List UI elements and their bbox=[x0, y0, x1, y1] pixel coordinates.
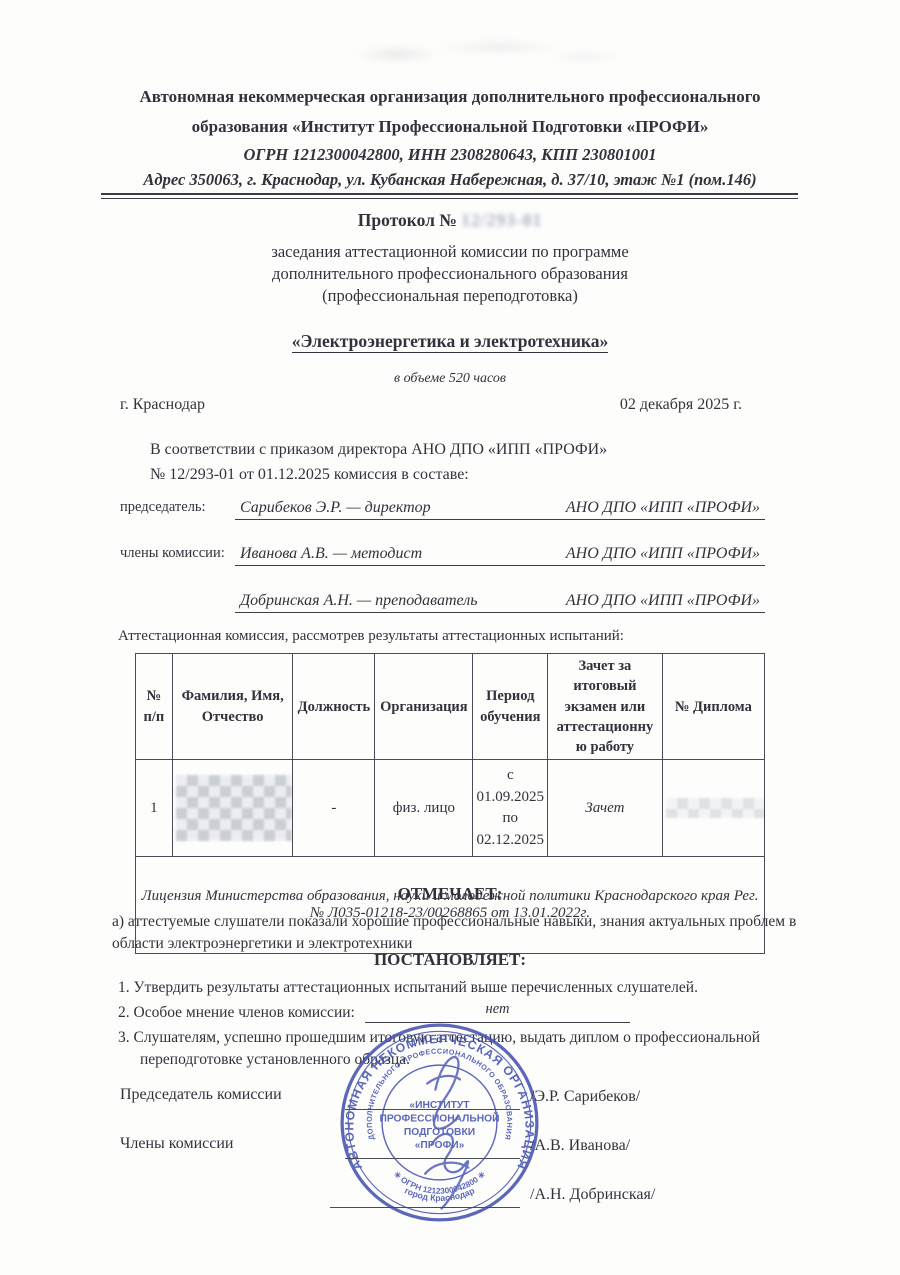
ogrn-inn-kpp-line: ОГРН 1212300042800, ИНН 2308280643, КПП … bbox=[0, 147, 900, 164]
address-line: Адрес 350063, г. Краснодар, ул. Кубанска… bbox=[0, 172, 900, 189]
program-volume: в объеме 520 часов bbox=[0, 371, 900, 387]
col-header-position: Должность bbox=[293, 654, 375, 760]
document-page: Автономная некоммерческая организация до… bbox=[0, 0, 900, 1275]
member1-org: АНО ДПО «ИПП «ПРОФИ» bbox=[566, 545, 760, 563]
protocol-number-redacted: 12/293-01 bbox=[461, 210, 542, 230]
attestation-intro: Аттестационная комиссия, рассмотрев резу… bbox=[118, 628, 624, 645]
members-role-label: члены комиссии: bbox=[120, 545, 225, 562]
chair-name: Сарибеков Э.Р. — директор bbox=[240, 499, 431, 517]
col-header-organization: Организация bbox=[375, 654, 473, 760]
col-header-exam: Зачет за итоговый экзамен или аттестацио… bbox=[548, 654, 663, 760]
commission-member2-row: Добринская А.Н. — преподаватель АНО ДПО … bbox=[0, 587, 900, 614]
date-label: 02 декабря 2025 г. bbox=[500, 396, 742, 414]
sig-member2-name: /А.Н. Добринская/ bbox=[530, 1186, 655, 1204]
cell-result: Зачет bbox=[548, 760, 663, 857]
commission-chair-row: председатель: Сарибеков Э.Р. — директор … bbox=[0, 494, 900, 521]
cell-fio-redacted bbox=[172, 760, 293, 857]
chair-signature-line: Сарибеков Э.Р. — директор АНО ДПО «ИПП «… bbox=[235, 494, 765, 520]
sig-chair-label: Председатель комиссии bbox=[120, 1086, 282, 1104]
results-table: № п/п Фамилия, Имя, Отчество Должность О… bbox=[135, 653, 765, 954]
stamp-center-line2: ПРОФЕССИОНАЛЬНОЙ bbox=[379, 1111, 499, 1124]
signature-row-chair: Председатель комиссии /Э.Р. Сарибеков/ bbox=[0, 1086, 900, 1110]
sig-chair-line bbox=[345, 1086, 520, 1110]
cell-period: с 01.09.2025 по 02.12.2025 bbox=[473, 760, 548, 857]
chair-role-label: председатель: bbox=[120, 499, 206, 516]
sig-member2-line bbox=[330, 1184, 520, 1208]
commission-member1-row: члены комиссии: Иванова А.В. — методист … bbox=[0, 540, 900, 567]
sig-member1-name: /А.В. Иванова/ bbox=[530, 1137, 630, 1155]
protocol-subtitle-1: заседания аттестационной комиссии по про… bbox=[0, 242, 900, 262]
protocol-subtitle-2: дополнительного профессионального образо… bbox=[0, 264, 900, 284]
signature-row-member2: /А.Н. Добринская/ bbox=[0, 1184, 900, 1208]
cell-organization: физ. лицо bbox=[375, 760, 473, 857]
sig-members-label: Члены комиссии bbox=[120, 1135, 233, 1153]
city-label: г. Краснодар bbox=[120, 396, 205, 414]
org-name-line-1: Автономная некоммерческая организация до… bbox=[0, 88, 900, 105]
member2-signature-line: Добринская А.Н. — преподаватель АНО ДПО … bbox=[235, 587, 765, 613]
order-intro-line: В соответствии с приказом директора АНО … bbox=[150, 441, 607, 459]
cell-diploma-redacted bbox=[662, 760, 764, 857]
org-name-line-2: образования «Институт Профессиональной П… bbox=[0, 118, 900, 135]
protocol-label: Протокол № bbox=[358, 210, 462, 230]
redacted-diploma-block bbox=[666, 798, 765, 818]
member1-signature-line: Иванова А.В. — методист АНО ДПО «ИПП «ПР… bbox=[235, 540, 765, 566]
notes-heading: ОТМЕЧАЕТ: bbox=[0, 884, 900, 904]
resolution-item-1: 1. Утвердить результаты аттестационных и… bbox=[118, 977, 698, 999]
signature-row-member1: Члены комиссии /А.В. Иванова/ bbox=[0, 1135, 900, 1159]
member1-name: Иванова А.В. — методист bbox=[240, 545, 422, 563]
header-divider-rule bbox=[101, 193, 798, 199]
resolution-heading: ПОСТАНОВЛЯЕТ: bbox=[0, 950, 900, 970]
member2-org: АНО ДПО «ИПП «ПРОФИ» bbox=[566, 592, 760, 610]
scan-smudge bbox=[295, 28, 635, 76]
protocol-title: Протокол № 12/293-01 bbox=[0, 210, 900, 231]
table-header-row: № п/п Фамилия, Имя, Отчество Должность О… bbox=[136, 654, 765, 760]
member2-name: Добринская А.Н. — преподаватель bbox=[240, 592, 477, 610]
protocol-subtitle-3: (профессиональная переподготовка) bbox=[0, 286, 900, 306]
table-row: 1 - физ. лицо с 01.09.2025 по 02.12.2025… bbox=[136, 760, 765, 857]
chair-org: АНО ДПО «ИПП «ПРОФИ» bbox=[566, 499, 760, 517]
redacted-name-block bbox=[176, 775, 292, 841]
col-header-diploma: № Диплома bbox=[662, 654, 764, 760]
cell-num: 1 bbox=[136, 760, 173, 857]
col-header-fio: Фамилия, Имя, Отчество bbox=[172, 654, 293, 760]
sig-chair-name: /Э.Р. Сарибеков/ bbox=[530, 1088, 640, 1106]
col-header-num: № п/п bbox=[136, 654, 173, 760]
cell-position: - bbox=[293, 760, 375, 857]
program-name: «Электроэнергетика и электротехника» bbox=[0, 331, 900, 352]
sig-member1-line bbox=[345, 1135, 520, 1159]
col-header-period: Период обучения bbox=[473, 654, 548, 760]
order-number-line: № 12/293-01 от 01.12.2025 комиссия в сос… bbox=[150, 466, 469, 484]
resolution-item-2: 2. Особое мнение членов комиссии: bbox=[118, 1002, 355, 1024]
